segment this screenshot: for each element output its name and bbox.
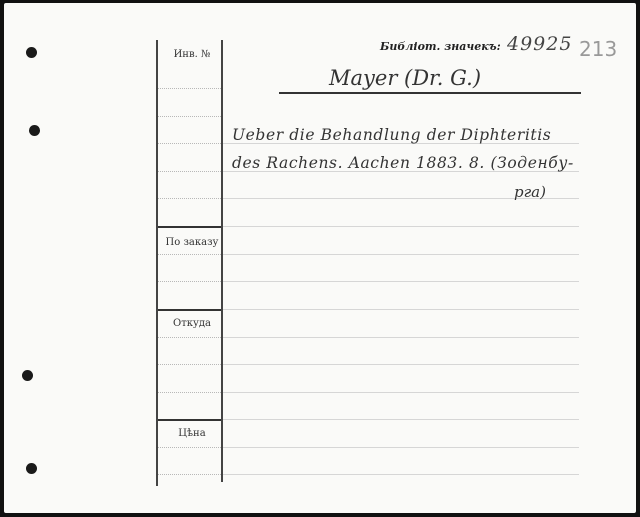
entry-line-3: рга) [514,183,546,201]
author-underline [279,92,581,94]
catalog-card: Инв. № По заказу Откуда Цѣна Библіот. зн… [4,3,636,513]
entry-rule [223,226,579,227]
entry-line-1: Ueber die Behandlung der Diphteritis [232,126,551,144]
entry-rule [223,281,579,282]
inventory-number-label: Инв. № [161,49,223,61]
left-rule [158,171,221,172]
by-order-label: По заказу [161,237,223,249]
left-rule [158,474,221,475]
entry-rule [223,254,579,255]
entry-rule [223,337,579,338]
left-rule [158,116,221,117]
shelfmark-number: 49925 [507,33,572,55]
punch-hole [26,47,37,58]
entry-rule [223,392,579,393]
source-label: Откуда [161,318,223,330]
left-rule [158,364,221,365]
entry-rule [223,474,579,475]
price-label: Цѣна [161,428,223,440]
left-rule [158,254,221,255]
punch-hole [26,463,37,474]
entry-rule [223,419,579,420]
punch-hole [29,125,40,136]
pencil-note: 213 [579,37,617,61]
left-rule [158,281,221,282]
entry-rule [223,364,579,365]
section-divider [158,309,221,311]
left-rule [158,88,221,89]
shelfmark-label: Библіот. значекъ: [380,40,501,53]
left-rule [158,447,221,448]
left-rule [158,337,221,338]
left-column-divider [221,40,223,482]
entry-rule [223,309,579,310]
entry-rule [223,447,579,448]
punch-hole [22,370,33,381]
left-rule [158,143,221,144]
author-name: Mayer (Dr. G.) [329,66,481,90]
section-divider [158,226,221,228]
section-divider [158,419,221,421]
entry-line-2: des Rachens. Aachen 1883. 8. (Зоденбу- [232,154,574,172]
left-rule [158,198,221,199]
left-rule [158,392,221,393]
